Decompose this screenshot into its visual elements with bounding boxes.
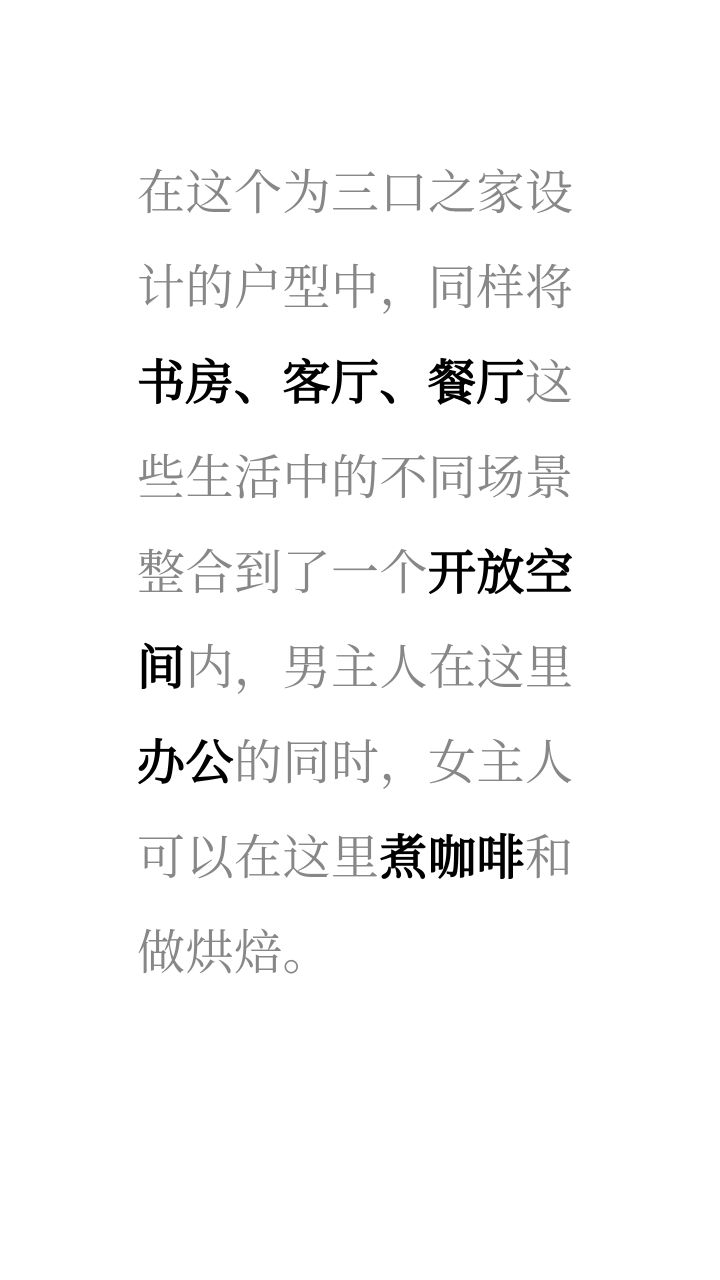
paragraph-line-1: 在这个为三口之家设 [137,146,587,241]
paragraph-line-7: 办公的同时，女主人 [137,716,587,811]
text-segment: 整合到了一个 [137,545,428,601]
highlighted-text-segment: 煮咖啡 [380,830,526,886]
paragraph-line-6: 间内，男主人在这里 [137,621,587,716]
highlighted-text-segment: 开放空 [428,545,574,601]
text-segment: 内，男主人在这里 [186,640,574,696]
paragraph-line-8: 可以在这里煮咖啡和 [137,811,587,906]
text-segment: 计的户型中，同样将 [137,260,574,316]
text-segment: 在这个为三口之家设 [137,165,574,221]
paragraph-line-4: 些生活中的不同场景 [137,431,587,526]
text-segment: 这 [525,355,574,411]
text-segment: 和 [525,830,574,886]
highlighted-text-segment: 办公 [137,735,234,791]
paragraph-line-9: 做烘焙。 [137,906,587,1001]
paragraph-line-2: 计的户型中，同样将 [137,241,587,336]
text-segment: 可以在这里 [137,830,380,886]
text-segment: 的同时，女主人 [234,735,574,791]
highlighted-text-segment: 书房、客厅、餐厅 [137,355,525,411]
paragraph-line-3: 书房、客厅、餐厅这 [137,336,587,431]
highlighted-text-segment: 间 [137,640,186,696]
article-paragraph: 在这个为三口之家设 计的户型中，同样将 书房、客厅、餐厅这 些生活中的不同场景 … [137,146,587,1001]
paragraph-line-5: 整合到了一个开放空 [137,526,587,621]
text-segment: 做烘焙。 [137,925,331,981]
text-segment: 些生活中的不同场景 [137,450,574,506]
